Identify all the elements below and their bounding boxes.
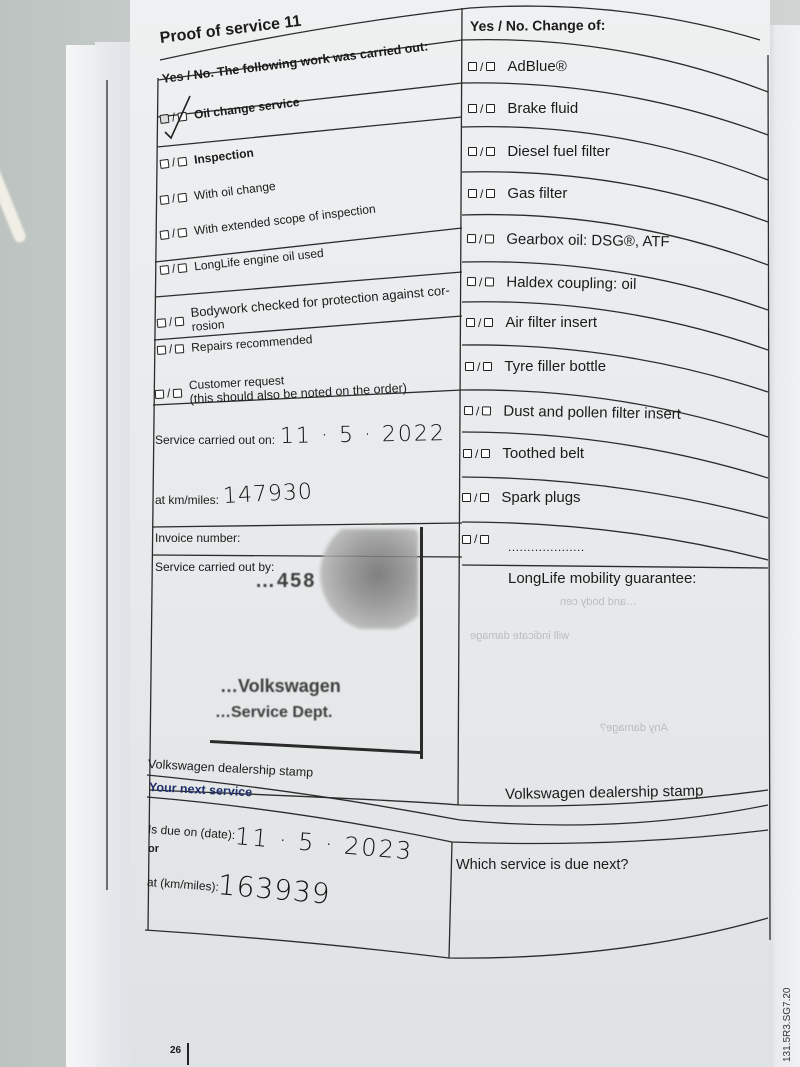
change-item-label: Dust and pollen filter insert xyxy=(503,403,681,423)
no-checkbox[interactable] xyxy=(481,449,490,458)
change-item-other[interactable]: / xyxy=(462,532,489,546)
no-checkbox[interactable] xyxy=(178,227,188,237)
or-label: or xyxy=(148,843,159,855)
yes-checkbox[interactable] xyxy=(160,265,170,275)
change-item-label: AdBlue® xyxy=(507,58,566,75)
no-checkbox[interactable] xyxy=(480,493,489,502)
footer-divider xyxy=(187,1043,189,1065)
stamp-number: …458 xyxy=(255,570,316,593)
service-date-value[interactable]: 11 · 5 · 2022 xyxy=(280,421,446,449)
yes-checkbox[interactable] xyxy=(462,493,471,502)
no-checkbox[interactable] xyxy=(484,318,493,327)
no-checkbox[interactable] xyxy=(482,406,491,415)
yes-checkbox[interactable] xyxy=(159,229,169,239)
change-item-label: Brake fluid xyxy=(507,100,578,117)
no-checkbox[interactable] xyxy=(480,535,489,544)
no-checkbox[interactable] xyxy=(483,362,492,371)
change-item-gas-filter[interactable]: / Gas filter xyxy=(468,185,567,202)
stamp-dealer-name: …Volkswagen xyxy=(220,676,341,697)
km-value[interactable]: 147930 xyxy=(222,479,313,509)
no-checkbox[interactable] xyxy=(178,263,188,273)
change-item-diesel-filter[interactable]: / Diesel fuel filter xyxy=(468,143,610,160)
yes-checkbox[interactable] xyxy=(155,389,164,398)
change-item-label: Air filter insert xyxy=(505,314,597,331)
change-item-label: Haldex coupling: oil xyxy=(506,274,636,293)
yes-checkbox[interactable] xyxy=(468,147,477,156)
no-checkbox[interactable] xyxy=(486,104,495,113)
yes-checkbox[interactable] xyxy=(468,189,477,198)
no-checkbox[interactable] xyxy=(175,316,185,326)
yes-checkbox[interactable] xyxy=(464,406,473,415)
service-date-label: Service carried out on: xyxy=(155,433,275,447)
change-item-label: Gearbox oil: DSG®, ATF xyxy=(506,231,670,251)
no-checkbox[interactable] xyxy=(173,388,182,397)
yes-checkbox[interactable] xyxy=(468,62,477,71)
yes-checkbox[interactable] xyxy=(467,277,476,286)
no-checkbox[interactable] xyxy=(486,147,495,156)
no-checkbox[interactable] xyxy=(178,192,188,202)
change-item-label: Gas filter xyxy=(507,185,567,202)
change-item-label: Tyre filler bottle xyxy=(504,358,606,375)
change-item-spark-plugs[interactable]: / Spark plugs xyxy=(462,489,581,506)
change-item-gearbox-oil[interactable]: / Gearbox oil: DSG®, ATF xyxy=(467,230,670,251)
change-item-toothed-belt[interactable]: / Toothed belt xyxy=(463,445,584,462)
yes-checkbox[interactable] xyxy=(159,158,169,168)
km-label: at km/miles: xyxy=(155,493,219,507)
yes-checkbox[interactable] xyxy=(463,449,472,458)
other-item-blank-line[interactable]: .................... xyxy=(508,540,585,554)
change-item-brake-fluid[interactable]: / Brake fluid xyxy=(468,100,578,117)
no-checkbox[interactable] xyxy=(178,156,188,166)
stamp-department: …Service Dept. xyxy=(215,704,332,722)
change-item-haldex[interactable]: / Haldex coupling: oil xyxy=(467,273,637,293)
yes-checkbox[interactable] xyxy=(467,234,476,243)
no-checkbox[interactable] xyxy=(485,277,494,286)
stamp-border xyxy=(420,527,423,759)
no-checkbox[interactable] xyxy=(486,62,495,71)
no-checkbox[interactable] xyxy=(486,189,495,198)
dealership-stamp-label-right: Volkswagen dealership stamp xyxy=(505,783,704,803)
page-number: 26 xyxy=(170,1045,181,1056)
change-item-tyre-filler[interactable]: / Tyre filler bottle xyxy=(465,358,606,375)
which-service-next-label: Which service is due next? xyxy=(456,857,628,873)
side-print-code: 131.5R3.SG7.20 xyxy=(782,988,793,1063)
yes-checkbox[interactable] xyxy=(466,318,475,327)
mobility-guarantee-label: LongLife mobility guarantee: xyxy=(508,570,696,587)
yes-checkbox[interactable] xyxy=(157,345,167,355)
change-item-label: Diesel fuel filter xyxy=(507,143,610,160)
change-item-label: Toothed belt xyxy=(502,445,584,462)
invoice-number-label: Invoice number: xyxy=(155,531,240,545)
change-item-label: Spark plugs xyxy=(501,489,580,506)
change-item-adblue[interactable]: / AdBlue® xyxy=(468,58,567,75)
yes-checkbox[interactable] xyxy=(468,104,477,113)
no-checkbox[interactable] xyxy=(485,234,494,243)
yes-checkbox[interactable] xyxy=(465,362,474,371)
dealer-stamp-seal xyxy=(318,529,418,629)
yes-checkbox[interactable] xyxy=(159,194,169,204)
no-checkbox[interactable] xyxy=(175,344,185,354)
yes-checkbox[interactable] xyxy=(462,535,471,544)
yes-checkbox[interactable] xyxy=(157,318,167,328)
change-item-air-filter[interactable]: / Air filter insert xyxy=(466,314,597,331)
